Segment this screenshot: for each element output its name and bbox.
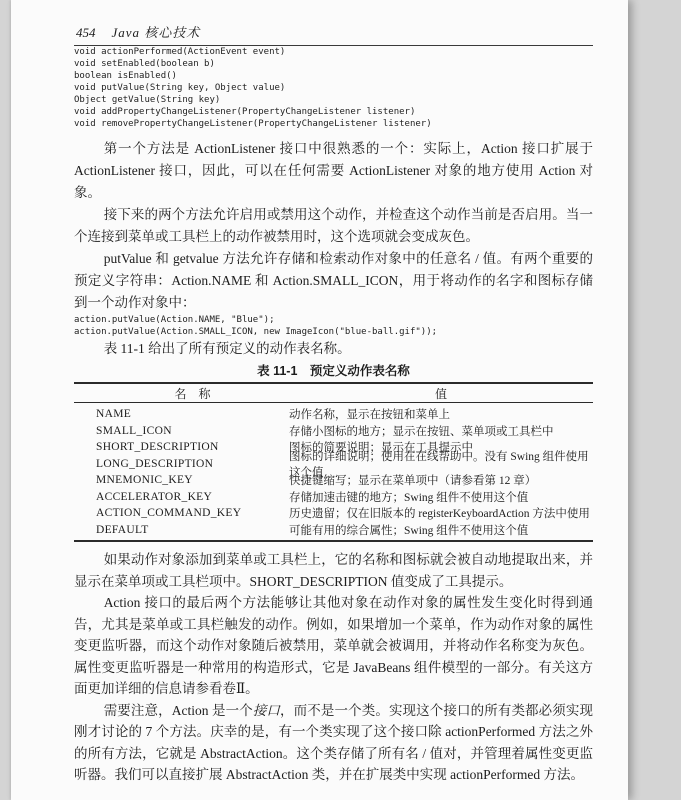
table-body: NAME 动作名称，显示在按钮和菜单上 SMALL_ICON 存储小图标的地方；…: [74, 403, 593, 540]
page-header: 454 Java 核心技术: [74, 0, 593, 46]
table-cell-name: ACTION_COMMAND_KEY: [74, 507, 289, 519]
predefined-action-table: 名 称 值 NAME 动作名称，显示在按钮和菜单上 SMALL_ICON 存储小…: [74, 382, 593, 542]
table-row: LONG_DESCRIPTION 图标的详细说明；使用在在线帮助中。没有 Swi…: [74, 456, 593, 473]
table-row: NAME 动作名称，显示在按钮和菜单上: [74, 406, 593, 423]
table-row: ACCELERATOR_KEY 存储加速击键的地方；Swing 组件不使用这个值: [74, 489, 593, 506]
book-title: Java 核心技术: [112, 25, 201, 40]
page-content: void actionPerformed(ActionEvent event) …: [74, 46, 593, 786]
page-number: 454: [76, 25, 96, 40]
table-header-value: 值: [289, 385, 593, 402]
table-cell-value: 动作名称，显示在按钮和菜单上: [289, 406, 593, 422]
paragraph-menu-toolbar: 如果动作对象添加到菜单或工具栏上，它的名称和图标就会被自动地提取出来，并显示在菜…: [74, 549, 593, 592]
table-cell-value: 快捷键缩写；显示在菜单项中（请参看第 12 章）: [289, 472, 593, 488]
table-row: SMALL_ICON 存储小图标的地方；显示在按钮、菜单项或工具栏中: [74, 423, 593, 440]
table-cell-name: SMALL_ICON: [74, 425, 289, 437]
table-caption: 表 11-1 预定义动作表名称: [74, 363, 593, 380]
book-page: 454 Java 核心技术 void actionPerformed(Actio…: [11, 0, 628, 800]
table-cell-value: 可能有用的综合属性；Swing 组件不使用这个值: [289, 522, 593, 538]
paragraph-7-pre: 需要注意，Action 是一个: [104, 703, 253, 718]
table-cell-value: 历史遗留；仅在旧版本的 registerKeyboardAction 方法中使用: [289, 505, 593, 521]
paragraph-property-listener: Action 接口的最后两个方法能够让其他对象在动作对象的属性发生变化时得到通告…: [74, 592, 593, 700]
paragraph-abstract-action: 需要注意，Action 是一个接口，而不是一个类。实现这个接口的所有类都必须实现…: [74, 700, 593, 786]
code-block-action-interface: void actionPerformed(ActionEvent event) …: [74, 46, 593, 130]
paragraph-enable-disable: 接下来的两个方法允许启用或禁用这个动作，并检查这个动作当前是否启用。当一个连接到…: [74, 204, 593, 248]
table-row: DEFAULT 可能有用的综合属性；Swing 组件不使用这个值: [74, 522, 593, 539]
table-row: MNEMONIC_KEY 快捷键缩写；显示在菜单项中（请参看第 12 章）: [74, 472, 593, 489]
paragraph-table-intro: 表 11-1 给出了所有预定义的动作表名称。: [74, 338, 593, 360]
code-block-putvalue-example: action.putValue(Action.NAME, "Blue"); ac…: [74, 314, 593, 338]
table-header-row: 名 称 值: [74, 384, 593, 403]
table-header-name: 名 称: [74, 385, 289, 402]
paragraph-action-listener: 第一个方法是 ActionListener 接口中很熟悉的一个：实际上，Acti…: [74, 138, 593, 204]
table-cell-name: MNEMONIC_KEY: [74, 474, 289, 486]
table-cell-name: ACCELERATOR_KEY: [74, 491, 289, 503]
table-cell-name: NAME: [74, 408, 289, 420]
table-cell-value: 存储小图标的地方；显示在按钮、菜单项或工具栏中: [289, 423, 593, 439]
paragraph-putvalue-getvalue: putValue 和 getvalue 方法允许存储和检索动作对象中的任意名 /…: [74, 248, 593, 314]
table-cell-name: DEFAULT: [74, 524, 289, 536]
table-cell-name: LONG_DESCRIPTION: [74, 458, 289, 470]
table-row: ACTION_COMMAND_KEY 历史遗留；仅在旧版本的 registerK…: [74, 505, 593, 522]
emphasis-interface-term: 接口: [253, 703, 280, 718]
table-cell-value: 存储加速击键的地方；Swing 组件不使用这个值: [289, 489, 593, 505]
table-cell-name: SHORT_DESCRIPTION: [74, 441, 289, 453]
